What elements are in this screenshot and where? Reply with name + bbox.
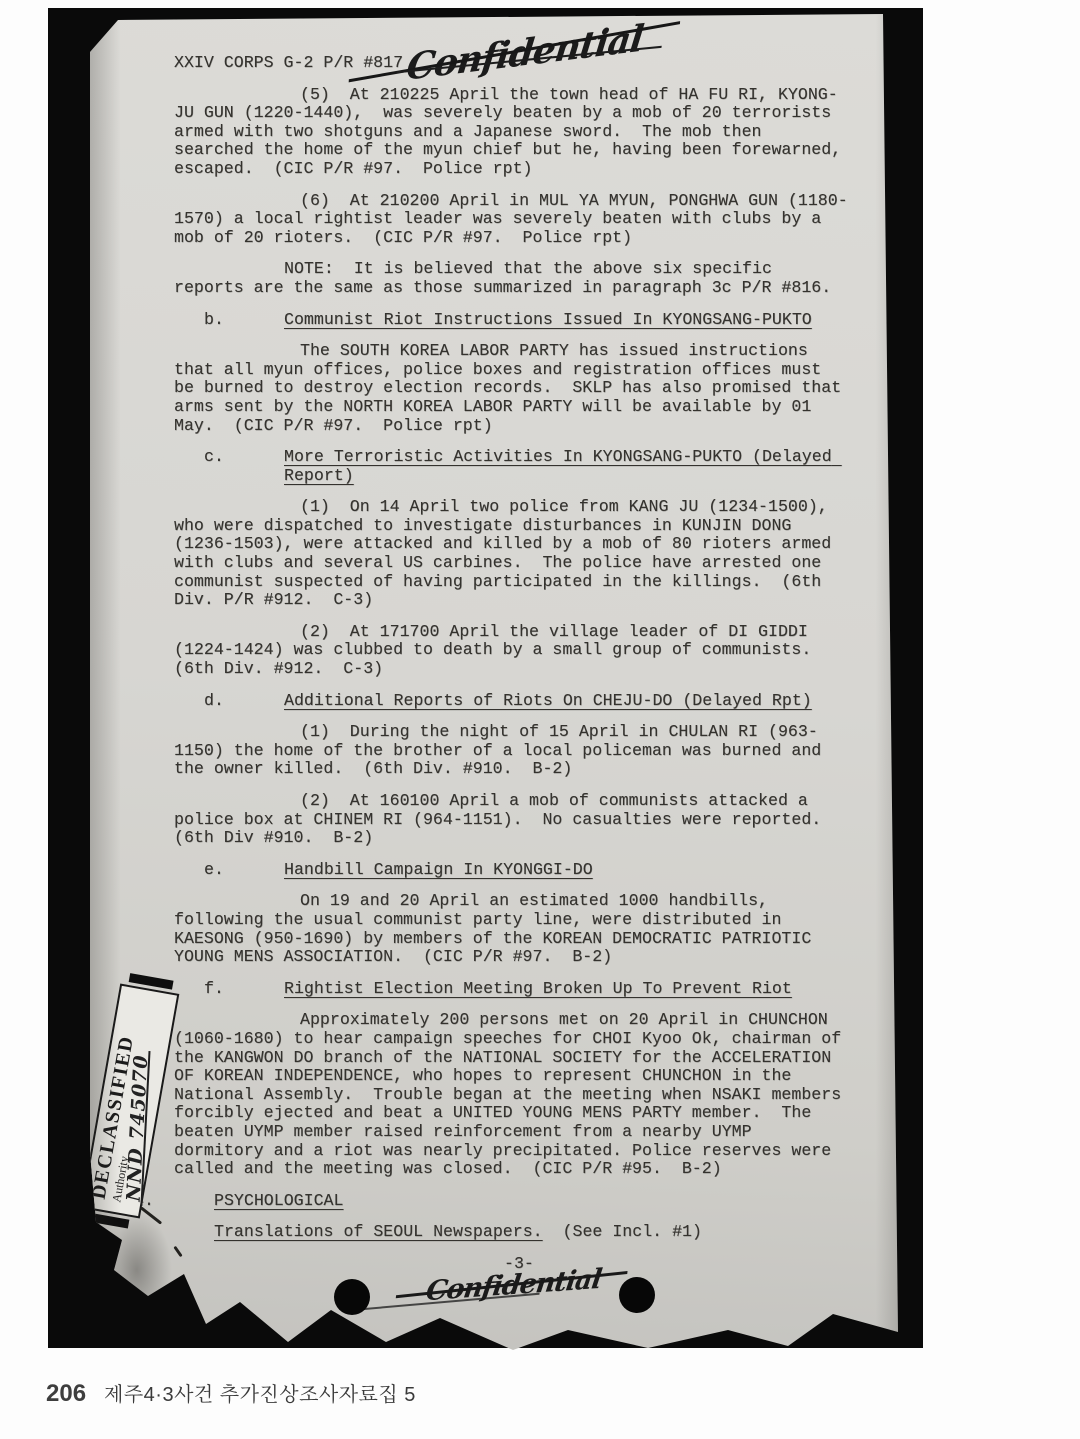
report-paragraph: On 19 and 20 April an estimated 1000 han… [174, 892, 850, 966]
report-paragraph: The SOUTH KOREA LABOR PARTY has issued i… [174, 342, 850, 435]
section-heading: c.More Terroristic Activities In KYONGSA… [174, 448, 850, 485]
report-paragraph: (1) On 14 April two police from KANG JU … [174, 498, 850, 610]
book-caption: 206 제주4·3사건 추가진상조사자료집 5 [46, 1378, 416, 1408]
book-page: XXIV CORPS G-2 P/R #817(5) At 210225 Apr… [0, 0, 1080, 1439]
scanned-document-page: XXIV CORPS G-2 P/R #817(5) At 210225 Apr… [88, 12, 900, 1350]
punch-hole-left [334, 1279, 370, 1315]
document-text: XXIV CORPS G-2 P/R #817(5) At 210225 Apr… [174, 54, 850, 1273]
report-paragraph: (2) At 171700 April the village leader o… [174, 623, 850, 679]
report-paragraph: (1) During the night of 15 April in CHUL… [174, 723, 850, 779]
numbered-heading: 4.PSYCHOLOGICAL [174, 1192, 850, 1211]
report-paragraph: (2) At 160100 April a mob of communists … [174, 792, 850, 848]
book-page-number: 206 [46, 1380, 86, 1408]
report-paragraph: (5) At 210225 April the town head of HA … [174, 86, 850, 179]
note-paragraph: NOTE: It is believed that the above six … [174, 260, 850, 297]
section-heading: f.Rightist Election Meeting Broken Up To… [174, 980, 850, 999]
scan-background: XXIV CORPS G-2 P/R #817(5) At 210225 Apr… [48, 8, 923, 1348]
book-title: 제주4·3사건 추가진상조사자료집 5 [104, 1378, 416, 1407]
section-heading: e.Handbill Campaign In KYONGGI-DO [174, 861, 850, 880]
authority-number-handwritten: NND 745070 [126, 1050, 150, 1206]
section-heading: d.Additional Reports of Riots On CHEJU-D… [174, 692, 850, 711]
declassified-stamp: DECLASSIFIED Authority NND 745070 [81, 984, 180, 1219]
sub-heading: Translations of SEOUL Newspapers. (See I… [174, 1223, 850, 1242]
punch-hole-right [619, 1277, 655, 1313]
section-heading: b.Communist Riot Instructions Issued In … [174, 311, 850, 330]
report-paragraph: Approximately 200 persons met on 20 Apri… [174, 1011, 850, 1178]
report-paragraph: (6) At 210200 April in MUL YA MYUN, PONG… [174, 192, 850, 248]
